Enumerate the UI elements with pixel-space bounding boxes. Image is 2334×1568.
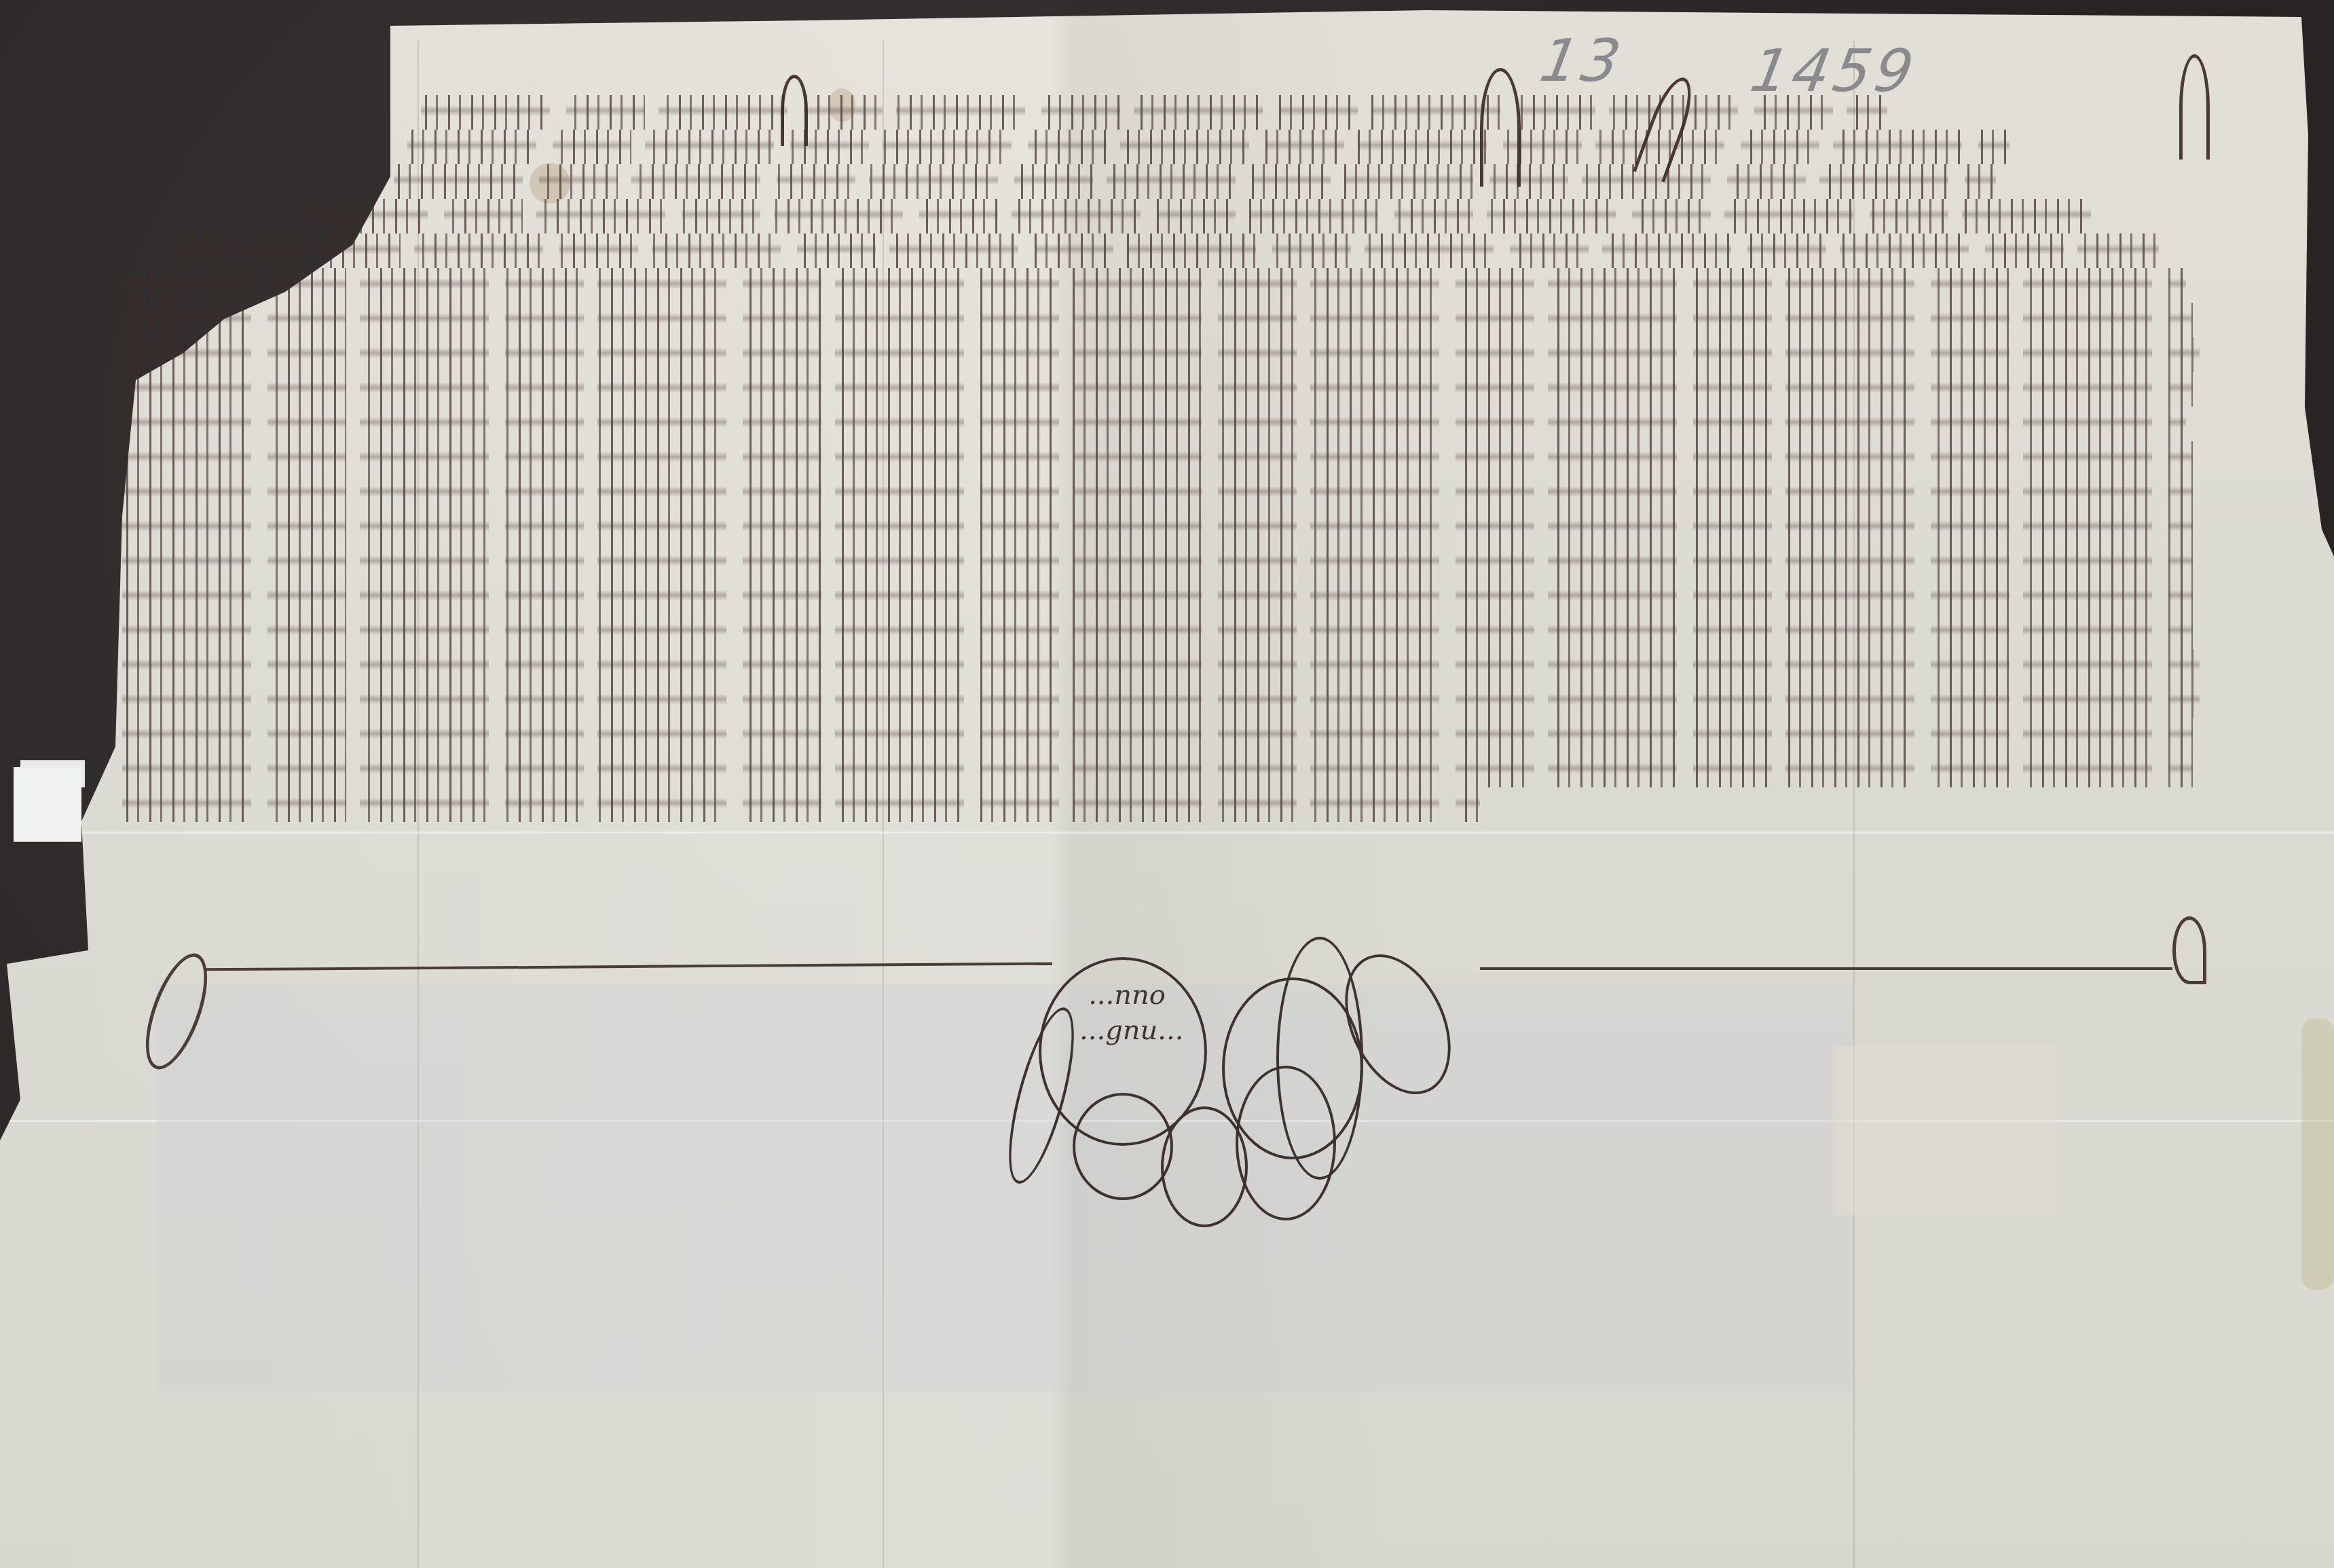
text-line: [illegible procesal script] [122, 718, 2261, 753]
text-line: [illegible procesal script] [122, 337, 2261, 372]
closing-rule-right [1480, 967, 2172, 970]
signum-inscription: ...nno ...gnu... [1079, 977, 1174, 1048]
signum-loop [1161, 1106, 1248, 1227]
text-line: [illegible procesal script] [122, 407, 2261, 441]
text-line: [illegible procesal script] [122, 476, 2261, 510]
manuscript-text-block: [illegible procesal script] [illegible p… [122, 95, 2261, 822]
archival-folio-number: 13 [1535, 27, 1629, 95]
notarial-signum [998, 937, 1487, 1256]
text-line: [illegible procesal script] [122, 649, 2261, 684]
text-line: [illegible procesal script] [122, 510, 2261, 545]
paper-patch [1833, 1045, 2057, 1215]
text-line: [illegible procesal script] [122, 199, 2261, 234]
text-line: [illegible procesal script] [122, 234, 2261, 268]
text-line: [illegible procesal script] [122, 753, 2261, 787]
text-line: [illegible procesal script] [122, 372, 2261, 407]
edge-discoloration [2301, 1018, 2334, 1290]
signum-loop [1236, 1066, 1336, 1220]
mounting-tab [14, 767, 81, 842]
text-line: [illegible procesal script] [122, 164, 2261, 199]
text-line: [illegible procesal script] [122, 614, 2261, 649]
text-line: [illegible procesal script] [122, 268, 2261, 303]
text-line: [illegible procesal script] [122, 787, 2261, 822]
paraph-flourish-right [2172, 916, 2206, 984]
text-line: [illegible procesal script] [122, 580, 2261, 614]
text-line: [illegible procesal script] [122, 303, 2261, 337]
text-line: [illegible procesal script] [122, 441, 2261, 476]
fold-crease-horizontal [0, 832, 2334, 834]
signum-loop [1073, 1093, 1173, 1200]
text-line: [illegible procesal script] [122, 95, 2261, 130]
text-line: [illegible procesal script] [122, 684, 2261, 718]
text-line: [illegible procesal script — contains 'G… [122, 130, 2261, 164]
text-line: [illegible procesal script] [122, 545, 2261, 580]
